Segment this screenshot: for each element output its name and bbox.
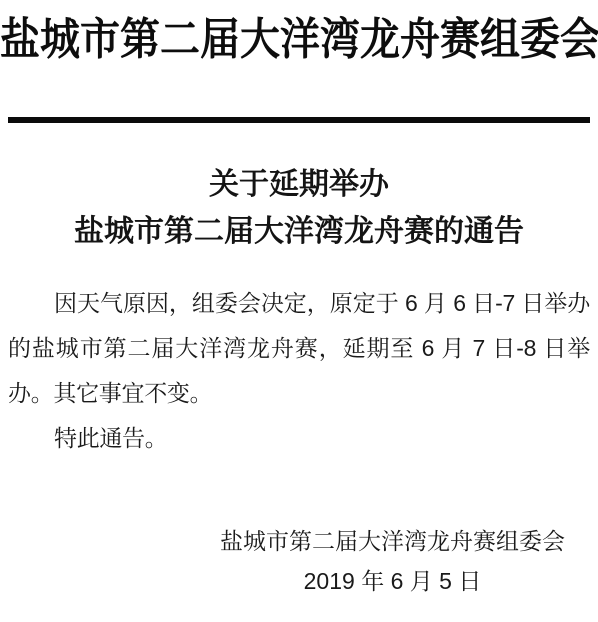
notice-document: 盐城市第二届大洋湾龙舟赛组委会 关于延期举办 盐城市第二届大洋湾龙舟赛的通告 因… [0, 0, 598, 622]
closing-line: 特此通告。 [8, 416, 590, 461]
signature-block: 盐城市第二届大洋湾龙舟赛组委会 2019 年 6 月 5 日 [220, 524, 565, 598]
letterhead-title: 盐城市第二届大洋湾龙舟赛组委会 [0, 0, 598, 66]
signature-date: 2019 年 6 月 5 日 [304, 564, 482, 598]
document-title: 关于延期举办 盐城市第二届大洋湾龙舟赛的通告 [0, 161, 598, 255]
document-title-line2: 盐城市第二届大洋湾龙舟赛的通告 [0, 208, 598, 255]
letterhead-rule [8, 117, 590, 123]
document-title-line1: 关于延期举办 [0, 161, 598, 208]
letterhead: 盐城市第二届大洋湾龙舟赛组委会 [0, 0, 598, 123]
signature-name: 盐城市第二届大洋湾龙舟赛组委会 [220, 524, 565, 558]
body-paragraph: 因天气原因，组委会决定，原定于 6 月 6 日-7 日举办的盐城市第二届大洋湾龙… [8, 281, 590, 416]
